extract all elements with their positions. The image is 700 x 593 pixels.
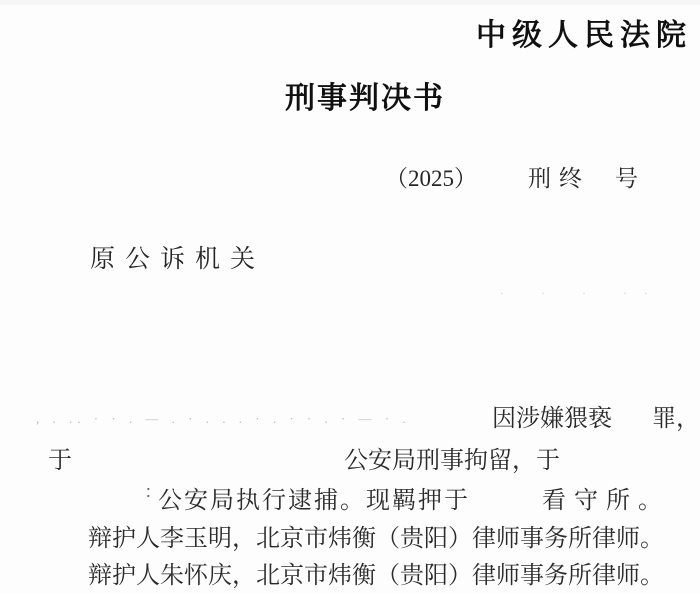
case-number-suffix: 号 (615, 160, 638, 193)
defender-1-line: 辩护人李玉明，北京市炜衡（贵阳）律师事务所律师。 (88, 518, 664, 553)
judgment-document-page: 中级人民法院 刑事判决书 （2025） 刑终 号 原公诉机关 · · · ·· … (0, 0, 700, 593)
document-title: 刑事判决书 (285, 73, 445, 117)
redaction-marks-main: , . .. · · . — . · . . . · . · · . · — ·… (36, 411, 411, 427)
defender-2-line: 辩护人朱怀庆，北京市炜衡（贵阳）律师事务所律师。 (88, 555, 664, 590)
detention-center-text: 看守所。 (542, 480, 670, 515)
case-number-year: （2025） (385, 160, 477, 193)
court-name-heading: 中级人民法院 (476, 10, 692, 54)
arrest-faint-mark: ∶ (146, 483, 151, 504)
prosecutor-label: 原公诉机关 (90, 239, 265, 275)
crime-suffix-text: 罪， (652, 398, 700, 433)
detention-text: 公安局刑事拘留，于 (344, 440, 560, 475)
detention-date-prefix: 于 (48, 440, 72, 475)
redaction-marks-upper: · · · ·· (500, 286, 665, 301)
scan-artifact-band (0, 0, 700, 5)
case-number-type: 刑终 (528, 160, 590, 193)
arrest-text: 公安局执行逮捕。现羁押于 (158, 480, 470, 515)
crime-suspicion-text: 因涉嫌猥亵 (492, 398, 612, 433)
